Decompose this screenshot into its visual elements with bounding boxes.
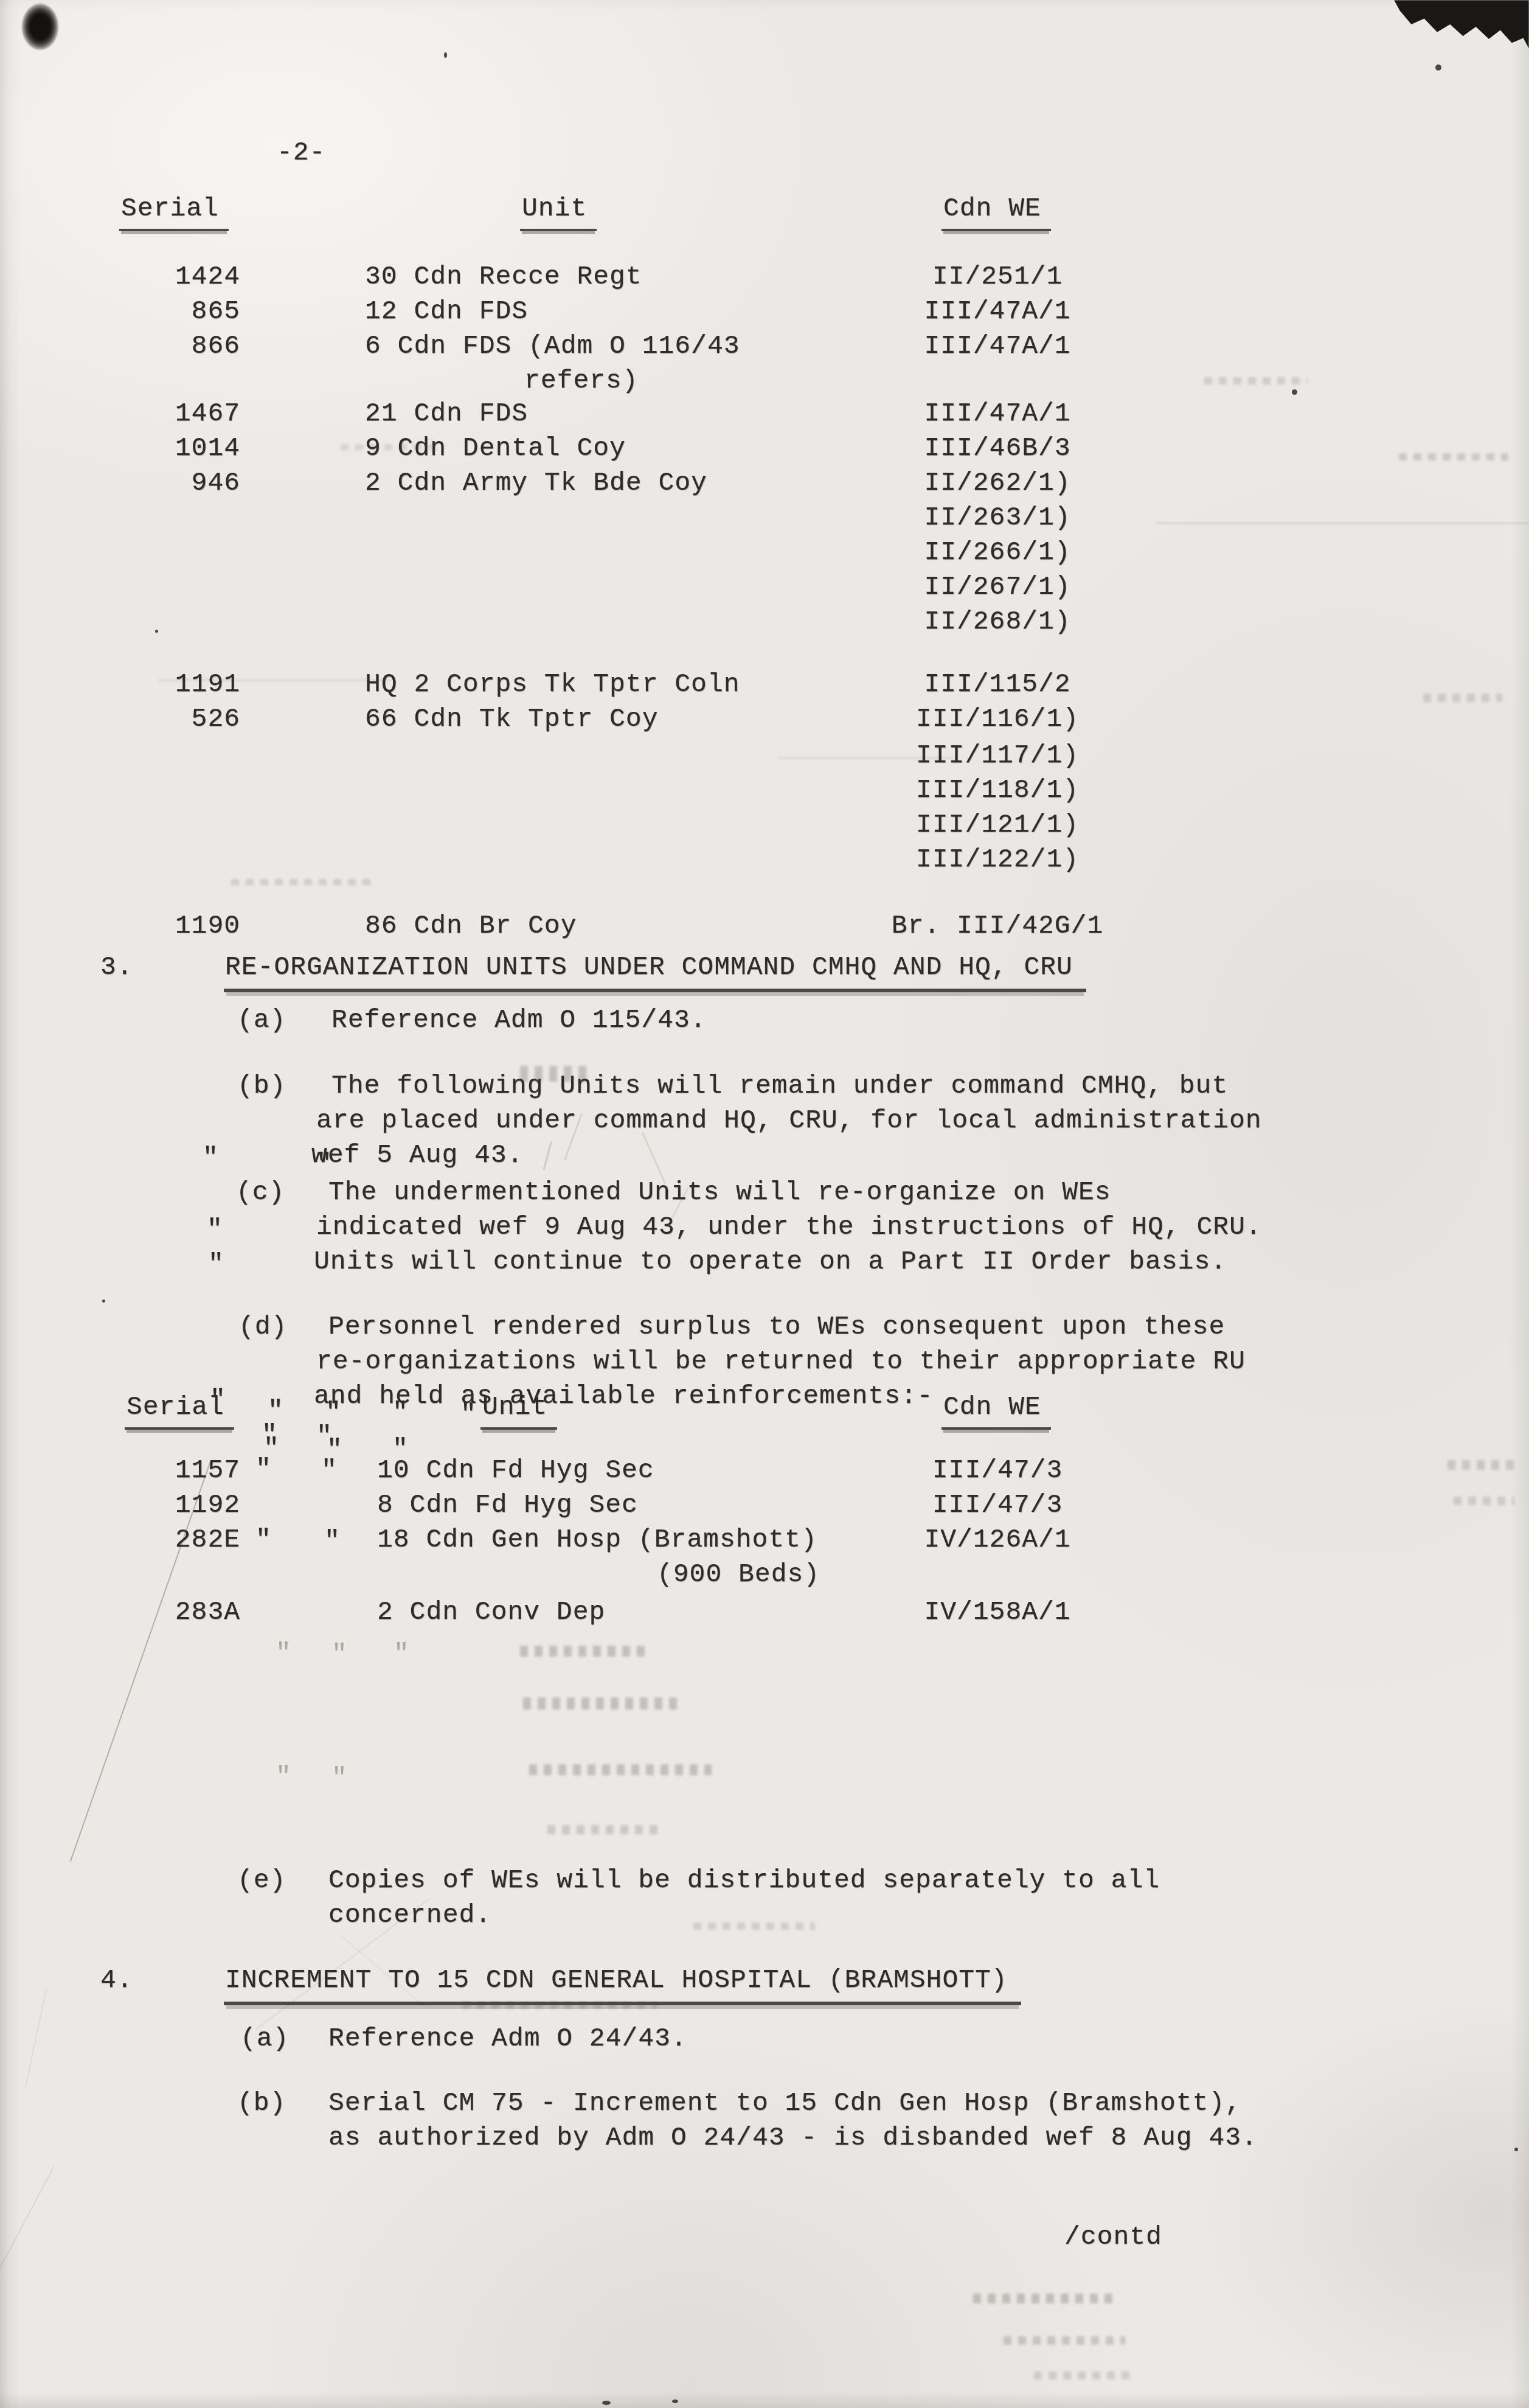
scan-streak — [1156, 522, 1529, 524]
ditto-mark: " — [268, 1396, 284, 1425]
we-cell: III/47/3 — [845, 1490, 1149, 1520]
table-row: 283A 2 Cdn Conv Dep IV/158A/1 — [0, 1597, 1529, 1632]
table2-header-row: Serial Unit Cdn WE — [0, 1392, 1529, 1427]
serial-cell: 1424 — [109, 262, 240, 291]
table-row: (900 Beds) — [0, 1559, 1529, 1594]
column-header-cdn-we: Cdn WE — [941, 1392, 1051, 1430]
item-text-line: Serial CM 75 - Increment to 15 Cdn Gen H… — [328, 2088, 1241, 2118]
item-text-line: as authorized by Adm O 24/43 - is disban… — [328, 2123, 1258, 2152]
table-row: II/267/1) — [0, 572, 1529, 607]
ditto-mark: " — [392, 1434, 409, 1464]
ditto-mark: " — [208, 1249, 224, 1279]
scan-streak — [778, 757, 955, 759]
table-row: 1157 10 Cdn Fd Hyg Sec III/47/3 — [0, 1455, 1529, 1490]
unit-cell: HQ 2 Corps Tk Tptr Coln — [365, 669, 740, 699]
paper-crease — [25, 1989, 47, 2087]
serial-cell: 282E — [109, 1525, 240, 1554]
ink-speck — [1292, 389, 1297, 395]
ink-speck — [672, 2399, 678, 2403]
column-header-cdn-we: Cdn WE — [941, 193, 1051, 231]
item-label: (b) — [237, 1071, 286, 1101]
table-row: 1190 86 Cdn Br Coy Br. III/42G/1 — [0, 911, 1529, 945]
bleed-through-smudge — [523, 1697, 681, 1710]
item-text-line: Units will continue to operate on a Part… — [314, 1247, 1227, 1276]
we-cell: III/122/1) — [845, 844, 1149, 874]
serial-cell: 526 — [109, 704, 240, 734]
table-row: 526 66 Cdn Tk Tptr Coy III/116/1) — [0, 704, 1529, 739]
bleed-through-smudge — [547, 1825, 663, 1834]
bleed-through-smudge — [973, 2294, 1119, 2303]
serial-cell: 1157 — [109, 1455, 240, 1485]
ditto-mark: " — [210, 1385, 226, 1415]
table-row: III/121/1) — [0, 810, 1529, 844]
table-row: II/266/1) — [0, 537, 1529, 572]
unit-cell-continuation: (900 Beds) — [657, 1559, 820, 1589]
ditto-mark: " — [325, 1397, 342, 1427]
unit-cell: 30 Cdn Recce Regt — [365, 262, 642, 291]
section4-heading: 4. INCREMENT TO 15 CDN GENERAL HOSPITAL … — [0, 1965, 1529, 2000]
column-header-unit: Unit — [520, 193, 597, 231]
we-cell: III/117/1) — [845, 740, 1149, 770]
serial-cell: 1190 — [109, 911, 240, 941]
we-cell: III/118/1) — [845, 775, 1149, 805]
we-cell: II/263/1) — [845, 503, 1149, 532]
table-row: II/263/1) — [0, 503, 1529, 537]
we-cell: II/267/1) — [845, 572, 1149, 602]
ditto-mark: " — [276, 1762, 292, 1792]
hole-punch-mark — [22, 4, 58, 50]
table-row: 866 6 Cdn FDS (Adm O 116/43 III/47A/1 — [0, 331, 1529, 366]
item-label: (c) — [236, 1177, 285, 1207]
ditto-mark: " — [255, 1525, 272, 1554]
column-header-unit: Unit — [480, 1392, 557, 1430]
we-cell: III/115/2 — [845, 669, 1149, 699]
we-cell: III/47A/1 — [845, 296, 1149, 326]
bleed-through-smudge — [1004, 2336, 1125, 2345]
serial-cell: 946 — [109, 468, 240, 498]
item-text-line: are placed under command HQ, CRU, for lo… — [316, 1105, 1262, 1135]
item-text-line: Reference Adm O 115/43. — [331, 1005, 707, 1035]
serial-cell: 866 — [109, 331, 240, 361]
ink-speck — [155, 630, 158, 633]
we-cell: III/47A/1 — [845, 331, 1149, 361]
unit-cell-continuation: refers) — [524, 366, 639, 395]
item-text-line: wef 5 Aug 43. — [311, 1140, 523, 1170]
unit-cell: 21 Cdn FDS — [365, 398, 528, 428]
serial-cell: 1467 — [109, 398, 240, 428]
ink-speck — [602, 2401, 611, 2405]
table-row: III/118/1) — [0, 775, 1529, 810]
item-label: (d) — [238, 1312, 287, 1341]
ink-speck — [444, 52, 447, 58]
item-text-line: The undermentioned Units will re-organiz… — [328, 1177, 1111, 1207]
column-header-serial: Serial — [119, 193, 229, 231]
bleed-through-smudge — [341, 444, 444, 450]
page-number: -2- — [277, 137, 325, 167]
bleed-through-smudge — [1448, 1460, 1514, 1470]
bleed-through-smudge — [520, 1646, 648, 1657]
unit-cell: 2 Cdn Army Tk Bde Coy — [365, 468, 707, 498]
we-cell: II/251/1 — [845, 262, 1149, 291]
ink-scratch — [642, 1132, 666, 1184]
table-row: III/122/1) — [0, 844, 1529, 879]
table-row: 1014 9 Cdn Dental Coy III/46B/3 — [0, 433, 1529, 468]
table-row: II/268/1) — [0, 607, 1529, 641]
table1-header-row: Serial Unit Cdn WE — [0, 193, 1529, 228]
bleed-through-smudge — [1423, 694, 1502, 702]
item-text-line: The following Units will remain under co… — [331, 1071, 1228, 1101]
ink-scratch — [543, 1141, 552, 1170]
bleed-through-smudge — [1204, 377, 1308, 385]
serial-cell: 1014 — [109, 433, 240, 463]
unit-cell: 86 Cdn Br Coy — [365, 911, 577, 941]
section3-heading: 3. RE-ORGANIZATION UNITS UNDER COMMAND C… — [0, 952, 1529, 987]
torn-corner-shadow — [1385, 0, 1529, 49]
unit-cell: 8 Cdn Fd Hyg Sec — [377, 1490, 638, 1520]
unit-cell: 10 Cdn Fd Hyg Sec — [377, 1455, 654, 1485]
ditto-mark: " — [203, 1143, 219, 1172]
unit-cell: 2 Cdn Conv Dep — [377, 1597, 605, 1627]
bleed-through-smudge — [529, 1764, 712, 1775]
section-title: INCREMENT TO 15 CDN GENERAL HOSPITAL (BR… — [224, 1965, 1021, 2005]
bleed-through-smudge — [1034, 2371, 1131, 2379]
table-row: 282E 18 Cdn Gen Hosp (Bramshott) IV/126A… — [0, 1525, 1529, 1559]
unit-cell: 66 Cdn Tk Tptr Coy — [365, 704, 658, 734]
scan-streak — [158, 679, 392, 681]
serial-cell: 283A — [109, 1597, 240, 1627]
item-text-line: Reference Adm O 24/43. — [328, 2023, 687, 2053]
item-label: (a) — [240, 2023, 289, 2053]
ditto-mark: " — [392, 1397, 409, 1427]
ditto-mark: " — [321, 1455, 338, 1485]
unit-cell: 18 Cdn Gen Hosp (Bramshott) — [377, 1525, 817, 1554]
ditto-mark: " — [255, 1454, 272, 1484]
ditto-mark: " — [460, 1399, 477, 1429]
section-number: 4. — [100, 1965, 133, 1995]
we-cell: Br. III/42G/1 — [845, 911, 1149, 941]
ditto-mark: " — [324, 1526, 341, 1556]
serial-cell: 1192 — [109, 1490, 240, 1520]
item-label: (a) — [237, 1005, 286, 1035]
item-label: (e) — [237, 1865, 286, 1895]
we-cell: IV/158A/1 — [845, 1597, 1149, 1627]
table-row: 946 2 Cdn Army Tk Bde Coy II/262/1) — [0, 468, 1529, 503]
ink-speck — [1435, 64, 1441, 71]
table-row: 1424 30 Cdn Recce Regt II/251/1 — [0, 262, 1529, 296]
table-row: III/117/1) — [0, 740, 1529, 775]
bleed-through-smudge — [1399, 453, 1508, 461]
we-cell: II/268/1) — [845, 607, 1149, 636]
we-cell: III/47A/1 — [845, 398, 1149, 428]
we-cell: III/47/3 — [845, 1455, 1149, 1485]
table-row: 1467 21 Cdn FDS III/47A/1 — [0, 398, 1529, 433]
bleed-through-smudge — [693, 1923, 815, 1930]
ditto-mark: " — [331, 1640, 348, 1669]
we-cell: II/266/1) — [845, 537, 1149, 567]
section-number: 3. — [100, 952, 133, 982]
item-label: (b) — [237, 2088, 286, 2118]
item-text-line: Personnel rendered surplus to WEs conseq… — [328, 1312, 1225, 1341]
we-cell: III/116/1) — [845, 704, 1149, 734]
bleed-through-smudge — [462, 2002, 657, 2009]
bleed-through-smudge — [1454, 1497, 1514, 1505]
ditto-mark: " — [394, 1639, 410, 1669]
scanned-document-page: -2- Serial Unit Cdn WE 1424 30 Cdn Recce… — [0, 0, 1529, 2408]
table-row: 865 12 Cdn FDS III/47A/1 — [0, 296, 1529, 331]
section-title: RE-ORGANIZATION UNITS UNDER COMMAND CMHQ… — [224, 952, 1086, 992]
item-text-line: re-organizations will be returned to the… — [316, 1346, 1246, 1376]
we-cell: II/262/1) — [845, 468, 1149, 498]
table-row: 1191 HQ 2 Corps Tk Tptr Coln III/115/2 — [0, 669, 1529, 704]
bleed-through-smudge — [520, 1066, 593, 1082]
serial-cell: 1191 — [109, 669, 240, 699]
ditto-mark: " — [316, 1149, 333, 1178]
ditto-mark: " — [276, 1638, 292, 1668]
item-text-line: concerned. — [328, 1900, 491, 1930]
ink-speck — [102, 1300, 105, 1303]
continuation-note: /contd — [1064, 2222, 1162, 2252]
ink-speck — [1514, 2148, 1518, 2151]
unit-cell: 6 Cdn FDS (Adm O 116/43 — [365, 331, 740, 361]
unit-cell: 12 Cdn FDS — [365, 296, 528, 326]
we-cell: III/121/1) — [845, 810, 1149, 840]
item-text-line: indicated wef 9 Aug 43, under the instru… — [316, 1212, 1262, 1242]
we-cell: III/46B/3 — [845, 433, 1149, 463]
serial-cell: 865 — [109, 296, 240, 326]
ditto-mark: " — [207, 1214, 223, 1244]
table-row: 1192 8 Cdn Fd Hyg Sec III/47/3 — [0, 1490, 1529, 1525]
item-text-line: Copies of WEs will be distributed separa… — [328, 1865, 1160, 1895]
we-cell: IV/126A/1 — [845, 1525, 1149, 1554]
ditto-mark: " — [331, 1763, 348, 1793]
paper-crease — [0, 2166, 55, 2408]
bleed-through-smudge — [231, 879, 371, 885]
